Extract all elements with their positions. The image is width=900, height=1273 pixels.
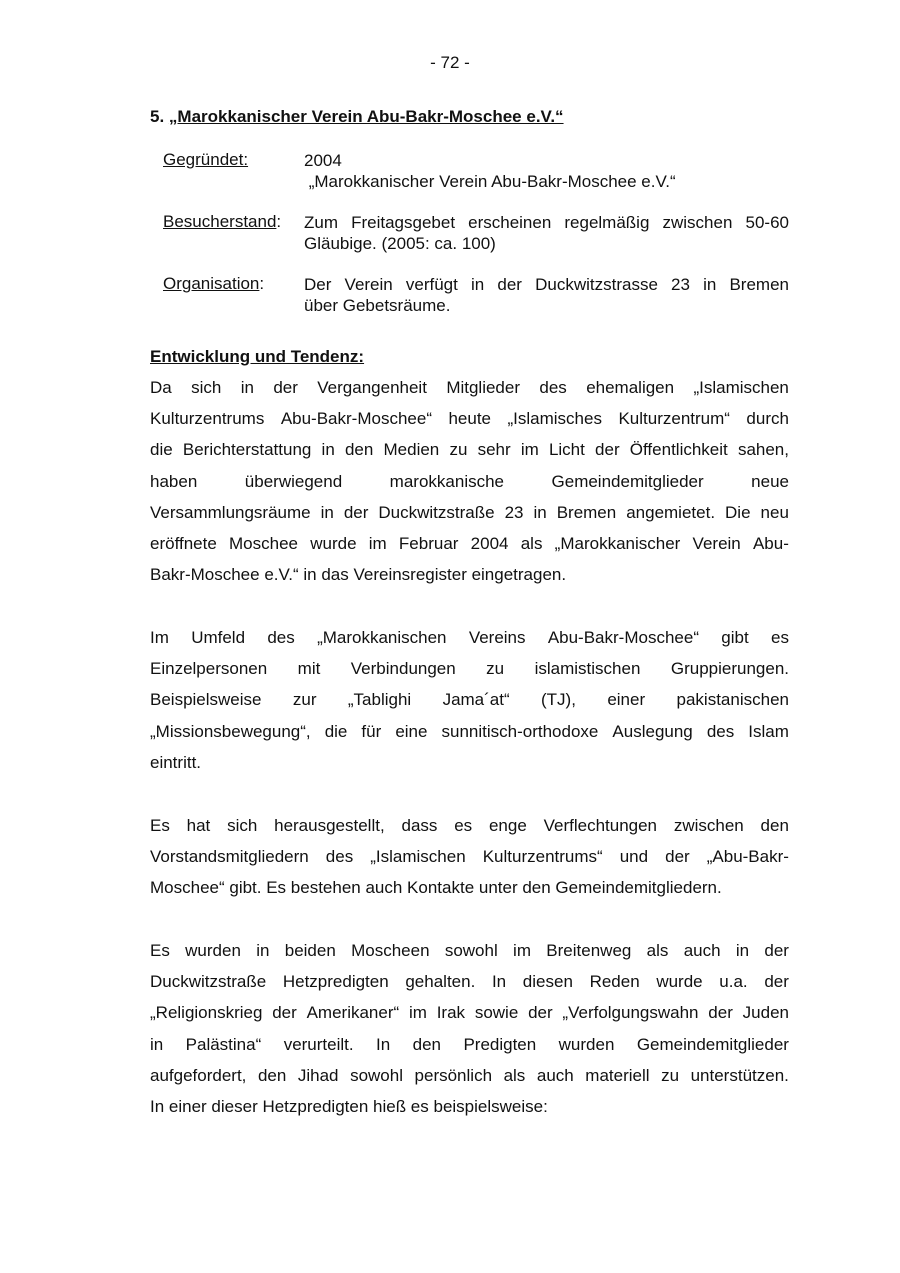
text-line: Beispielsweisezur„TablighiJama´at“(TJ),e… — [150, 684, 789, 715]
text-line: EswurdeninbeidenMoscheensowohlimBreitenw… — [150, 935, 789, 966]
field-label-founded: Gegründet: — [163, 150, 248, 170]
text-line: dieBerichterstattungindenMedienzusehrimL… — [150, 434, 789, 465]
field-value-founded: 2004 „Marokkanischer Verein Abu-Bakr-Mos… — [304, 150, 789, 192]
field-value-organisation: Der Verein verfügt in der Duckwitzstrass… — [304, 274, 789, 316]
text-line: ImUmfelddes„MarokkanischenVereinsAbu-Bak… — [150, 622, 789, 653]
text-line: eröffneteMoscheewurdeimFebruar2004als„Ma… — [150, 528, 789, 559]
text-line: DuckwitzstraßeHetzpredigtengehalten.Indi… — [150, 966, 789, 997]
text-line: aufgefordert,denJihadsowohlpersönlichals… — [150, 1060, 789, 1091]
text-line: DasichinderVergangenheitMitgliederdesehe… — [150, 372, 789, 403]
field-label-attendance: Besucherstand: — [163, 212, 281, 232]
page-number: - 72 - — [0, 53, 900, 73]
section-title: 5. „Marokkanischer Verein Abu-Bakr-Mosch… — [150, 107, 564, 127]
text-line: In einer dieser Hetzpredigten hieß es be… — [150, 1091, 789, 1122]
paragraph-2: ImUmfelddes„MarokkanischenVereinsAbu-Bak… — [150, 622, 789, 778]
text-line: „Missionsbewegung“,diefüreinesunnitisch-… — [150, 716, 789, 747]
text-line: eintritt. — [150, 747, 789, 778]
subheading-development: Entwicklung und Tendenz: — [150, 347, 364, 367]
section-number: 5. — [150, 107, 164, 126]
field-label-organisation: Organisation: — [163, 274, 264, 294]
section-title-text: „Marokkanischer Verein Abu-Bakr-Moschee … — [169, 107, 564, 126]
field-value-attendance: Zum Freitagsgebet erscheinen regelmäßig … — [304, 212, 789, 254]
text-line: „ReligionskriegderAmerikaner“imIraksowie… — [150, 997, 789, 1028]
paragraph-1: DasichinderVergangenheitMitgliederdesehe… — [150, 372, 789, 590]
text-line: Moschee“ gibt. Es bestehen auch Kontakte… — [150, 872, 789, 903]
text-line: EinzelpersonenmitVerbindungenzuislamisti… — [150, 653, 789, 684]
text-line: Eshatsichherausgestellt,dassesengeVerfle… — [150, 810, 789, 841]
paragraph-4: EswurdeninbeidenMoscheensowohlimBreitenw… — [150, 935, 789, 1122]
text-line: habenüberwiegendmarokkanischeGemeindemit… — [150, 466, 789, 497]
paragraph-3: Eshatsichherausgestellt,dassesengeVerfle… — [150, 810, 789, 904]
text-line: inPalästina“verurteilt.IndenPredigtenwur… — [150, 1029, 789, 1060]
text-line: VersammlungsräumeinderDuckwitzstraße23in… — [150, 497, 789, 528]
text-line: KulturzentrumsAbu-Bakr-Moschee“heute„Isl… — [150, 403, 789, 434]
text-line: Vorstandsmitgliederndes„IslamischenKultu… — [150, 841, 789, 872]
text-line: Bakr-Moschee e.V.“ in das Vereinsregiste… — [150, 559, 789, 590]
